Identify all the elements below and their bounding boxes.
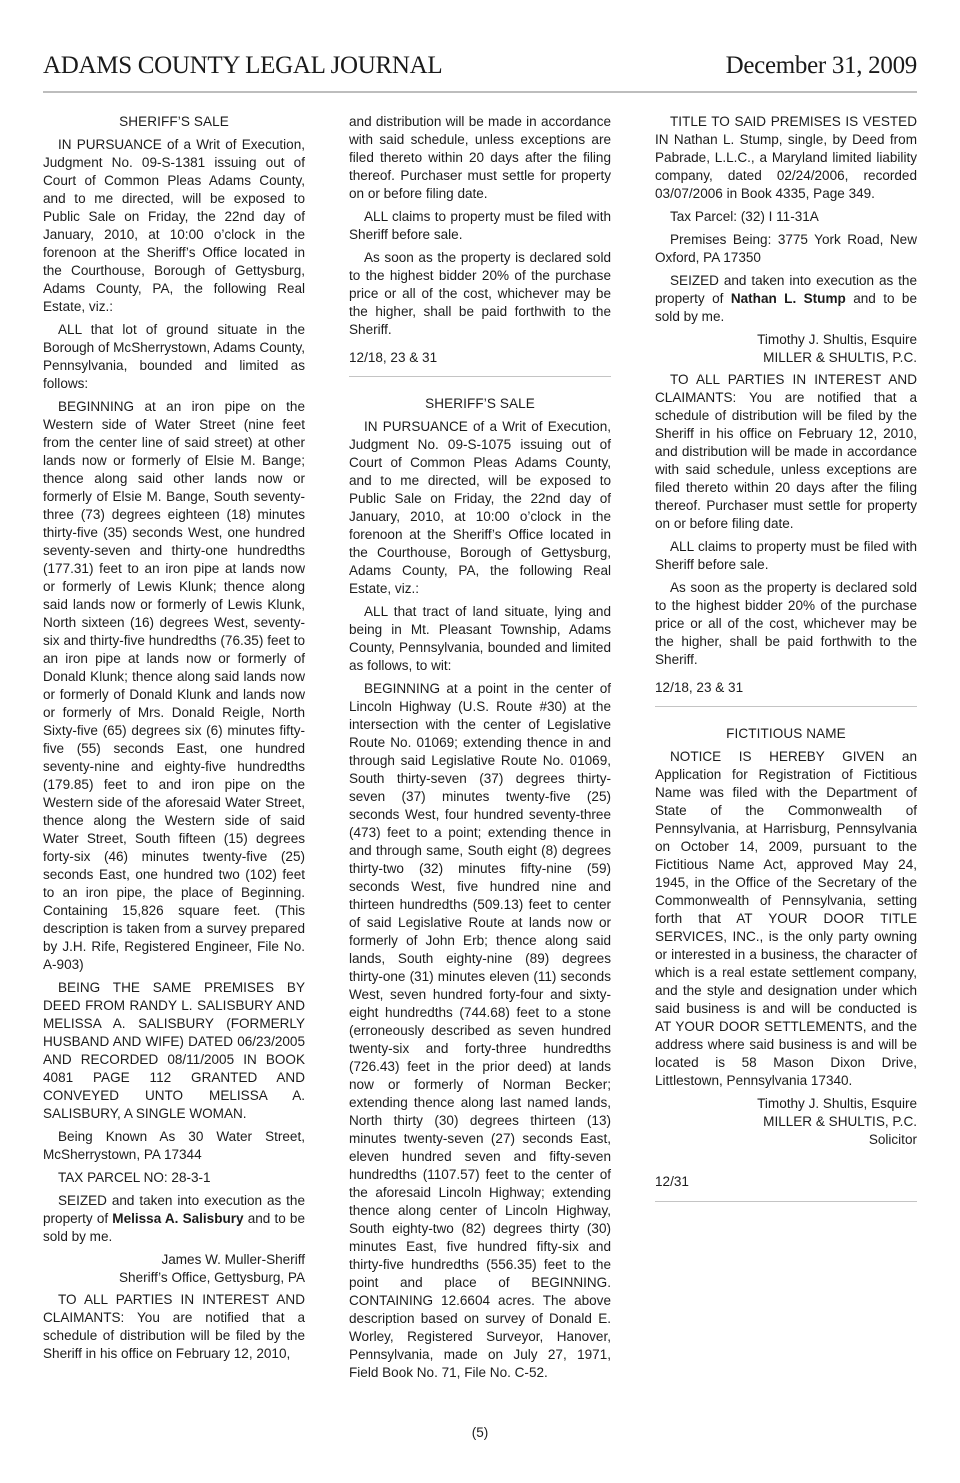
page-header: ADAMS COUNTY LEGAL JOURNAL December 31, … bbox=[43, 52, 917, 92]
signature-line: James W. Muller-Sheriff bbox=[43, 1251, 305, 1269]
notice-paragraph: IN PURSUANCE of a Writ of Execu­tion, Ju… bbox=[43, 136, 305, 316]
column-1: SHERIFF’S SALE IN PURSUANCE of a Writ of… bbox=[43, 113, 305, 1368]
signature-line: Solicitor bbox=[655, 1131, 917, 1149]
notice-divider bbox=[655, 1201, 917, 1202]
publication-dates: 12/18, 23 & 31 bbox=[655, 679, 917, 697]
signature-block: Timothy J. Shultis, Esquire MILLER & SHU… bbox=[655, 1095, 917, 1149]
notice-heading: FICTITIOUS NAME bbox=[655, 725, 917, 743]
notice-paragraph: ALL claims to property must be filed wit… bbox=[655, 538, 917, 574]
page-number: (5) bbox=[0, 1425, 960, 1440]
tax-parcel: TAX PARCEL NO: 28-3-1 bbox=[43, 1169, 305, 1187]
notice-heading: SHERIFF’S SALE bbox=[43, 113, 305, 131]
publication-dates: 12/18, 23 & 31 bbox=[349, 349, 611, 367]
notice-paragraph: IN PURSUANCE of a Writ of Execu­tion, Ju… bbox=[349, 418, 611, 598]
owner-name: Melissa A. Salisbury bbox=[112, 1211, 243, 1226]
property-description: BEGINNING at an iron pipe on the Western… bbox=[43, 398, 305, 974]
journal-title: ADAMS COUNTY LEGAL JOURNAL bbox=[43, 52, 442, 80]
issue-date: December 31, 2009 bbox=[726, 52, 917, 80]
owner-name: Nathan L. Stump bbox=[731, 291, 846, 306]
notice-paragraph: ALL that tract of land situate, lying an… bbox=[349, 603, 611, 675]
publication-dates: 12/31 bbox=[655, 1173, 917, 1191]
property-description: BEGINNING at a point in the center of Li… bbox=[349, 680, 611, 1382]
notice-paragraph: As soon as the property is declared sold… bbox=[655, 579, 917, 669]
fictitious-name-notice: NOTICE IS HEREBY GIVEN an Application fo… bbox=[655, 748, 917, 1090]
claimants-notice: TO ALL PARTIES IN INTEREST AND CLAIMANTS… bbox=[43, 1291, 305, 1363]
title-vesting: TITLE TO SAID PREMISES IS VEST­ED IN Nat… bbox=[655, 113, 917, 203]
signature-line: Timothy J. Shultis, Esquire bbox=[655, 1095, 917, 1113]
signature-line: MILLER & SHULTIS, P.C. bbox=[655, 349, 917, 367]
signature-line: MILLER & SHULTIS, P.C. bbox=[655, 1113, 917, 1131]
column-3: TITLE TO SAID PREMISES IS VEST­ED IN Nat… bbox=[655, 113, 917, 1220]
header-divider bbox=[43, 91, 917, 93]
notice-paragraph: As soon as the property is declared sold… bbox=[349, 249, 611, 339]
deed-reference: BEING THE SAME PREMISES BY DEED FROM RAN… bbox=[43, 979, 305, 1123]
tax-parcel: Tax Parcel: (32) I 11-31A bbox=[655, 208, 917, 226]
column-2: and distribution will be made in accorda… bbox=[349, 113, 611, 1387]
notice-heading: SHERIFF’S SALE bbox=[349, 395, 611, 413]
notice-paragraph: and distribution will be made in accorda… bbox=[349, 113, 611, 203]
property-address: Premises Being: 3775 York Road, New Oxfo… bbox=[655, 231, 917, 267]
claimants-notice: TO ALL PARTIES IN INTEREST AND CLAIMANTS… bbox=[655, 371, 917, 533]
signature-block: Timothy J. Shultis, Esquire MILLER & SHU… bbox=[655, 331, 917, 367]
notice-paragraph: ALL that lot of ground situate in the Bo… bbox=[43, 321, 305, 393]
notice-divider bbox=[655, 706, 917, 707]
signature-line: Sheriff’s Office, Gettysburg, PA bbox=[43, 1269, 305, 1287]
signature-block: James W. Muller-Sheriff Sheriff’s Office… bbox=[43, 1251, 305, 1287]
property-address: Being Known As 30 Water Street, McSherry… bbox=[43, 1128, 305, 1164]
notice-divider bbox=[349, 376, 611, 377]
seized-statement: SEIZED and taken into execution as the p… bbox=[43, 1192, 305, 1246]
seized-statement: SEIZED and taken into execution as the p… bbox=[655, 272, 917, 326]
signature-line: Timothy J. Shultis, Esquire bbox=[655, 331, 917, 349]
notice-paragraph: ALL claims to property must be filed wit… bbox=[349, 208, 611, 244]
